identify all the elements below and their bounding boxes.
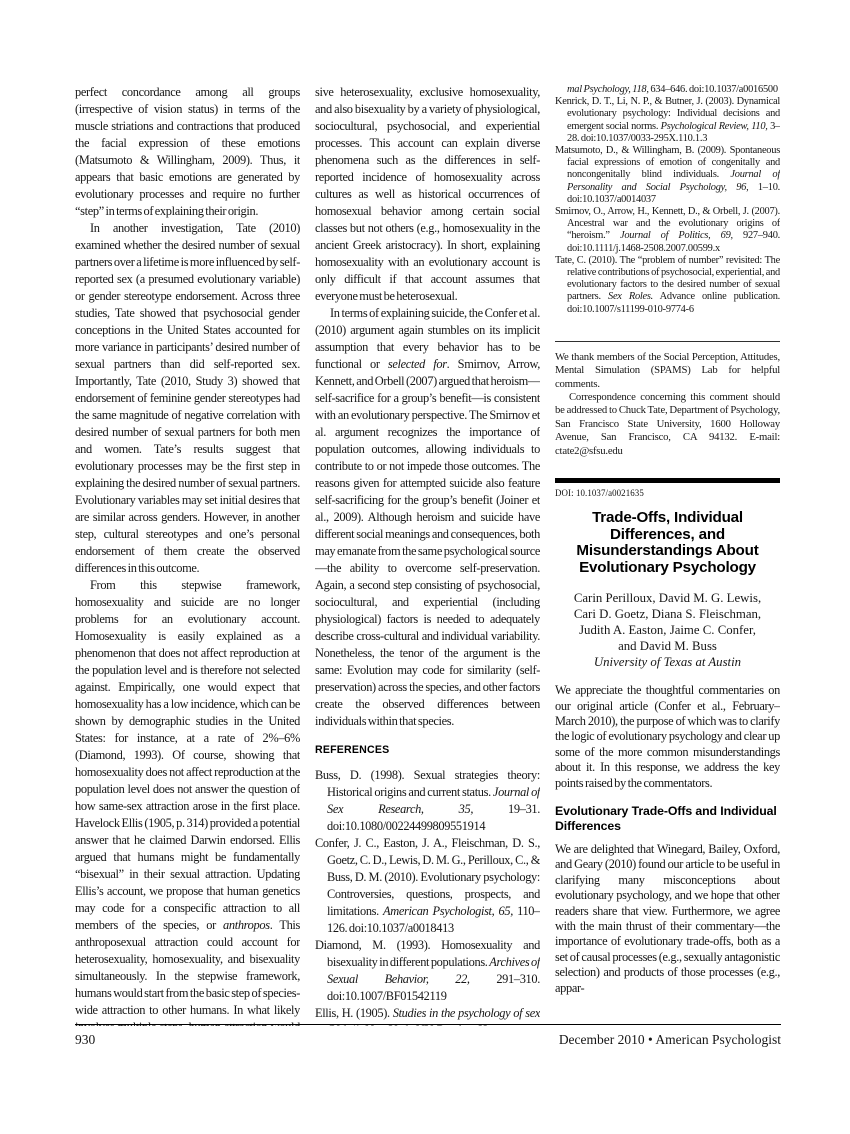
section-heading: Evolutionary Trade-Offs and Individual D… <box>555 804 780 834</box>
references-heading: REFERENCES <box>315 744 540 756</box>
page-number: 930 <box>75 1032 95 1048</box>
paragraph: perfect concordance among all groups (ir… <box>75 84 300 220</box>
journal-page: perfect concordance among all groups (ir… <box>0 0 850 1134</box>
footer-journal-line: December 2010 • American Psychologist <box>559 1032 781 1048</box>
paragraph: In another investigation, Tate (2010) ex… <box>75 220 300 577</box>
column-1: perfect concordance among all groups (ir… <box>75 84 300 1026</box>
reference-entry: Ellis, H. (1905). Studies in the psychol… <box>315 1005 540 1026</box>
paragraph: sive heterosexuality, exclusive homosexu… <box>315 84 540 305</box>
author-list: Carin Perilloux, David M. G. Lewis, Cari… <box>555 590 780 670</box>
doi-line: DOI: 10.1037/a0021635 <box>555 488 780 498</box>
affiliation-line: University of Texas at Austin <box>555 654 780 670</box>
reference-entry: Smirnov, O., Arrow, H., Kennett, D., & O… <box>555 206 780 255</box>
author-line: Cari D. Goetz, Diana S. Fleischman, <box>555 606 780 622</box>
author-line: Judith A. Easton, Jaime C. Confer, <box>555 622 780 638</box>
reference-entry: Kenrick, D. T., Li, N. P., & Butner, J. … <box>555 96 780 145</box>
column-2: sive heterosexuality, exclusive homosexu… <box>315 84 540 1026</box>
paragraph: From this stepwise framework, homosexual… <box>75 577 300 1026</box>
footer-rule <box>75 1024 781 1025</box>
author-note-thanks: We thank members of the Social Perceptio… <box>555 351 780 391</box>
reference-entry: Diamond, M. (1993). Homosexuality and bi… <box>315 937 540 1005</box>
text-columns: perfect concordance among all groups (ir… <box>75 84 781 1026</box>
reference-entry: Buss, D. (1998). Sexual strategies theor… <box>315 767 540 835</box>
column-3: mal Psychology, 118, 634–646. doi:10.103… <box>555 84 780 1026</box>
article-title: Trade-Offs, Individual Differences, and … <box>555 510 780 576</box>
author-note: We thank members of the Social Perceptio… <box>555 351 780 458</box>
reference-entry: Matsumoto, D., & Willingham, B. (2009). … <box>555 145 780 206</box>
reference-entry: Confer, J. C., Easton, J. A., Fleischman… <box>315 835 540 937</box>
page-footer: 930 December 2010 • American Psychologis… <box>75 1032 781 1048</box>
reference-entry: mal Psychology, 118, 634–646. doi:10.103… <box>555 84 780 96</box>
author-note-rule <box>555 341 780 342</box>
author-line: Carin Perilloux, David M. G. Lewis, <box>555 590 780 606</box>
author-line: and David M. Buss <box>555 638 780 654</box>
paragraph: In terms of explaining suicide, the Conf… <box>315 305 540 730</box>
author-note-correspondence: Correspondence concerning this comment s… <box>555 391 780 458</box>
paragraph: We are delighted that Winegard, Bailey, … <box>555 842 780 996</box>
paragraph: We appreciate the thoughtful commentarie… <box>555 683 780 791</box>
article-body: We appreciate the thoughtful commentarie… <box>555 683 780 996</box>
reference-entry: Tate, C. (2010). The “problem of number”… <box>555 255 780 316</box>
article-divider-bar <box>555 478 780 483</box>
